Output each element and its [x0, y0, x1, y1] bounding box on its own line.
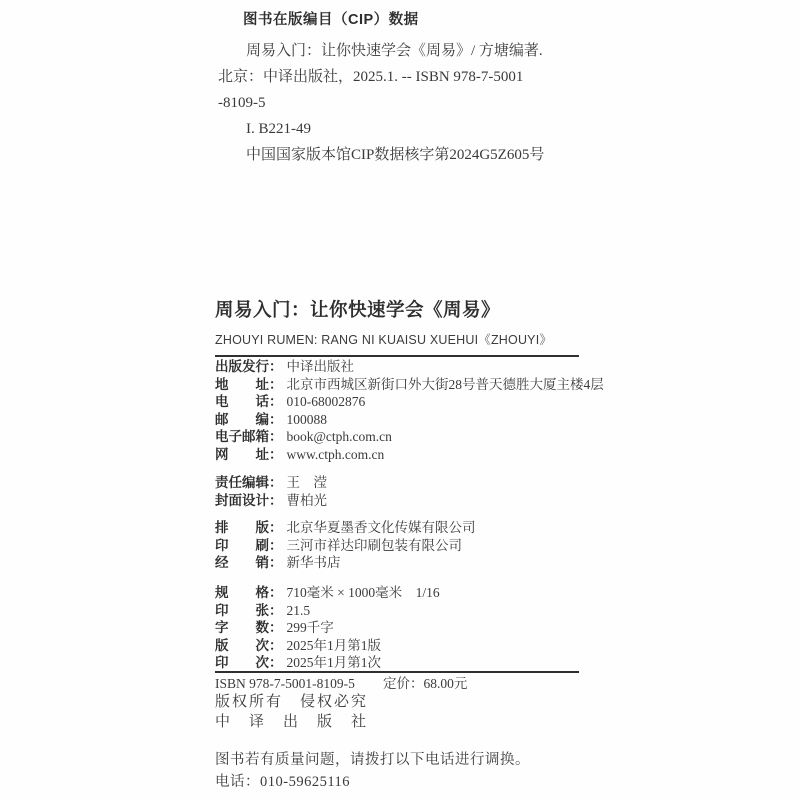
quality-notice-block: 图书若有质量问题，请拨打以下电话进行调换。 电话：010-59625116 [215, 749, 530, 793]
copyright-statement: 版权所有 侵权必究 [215, 693, 368, 713]
editors-group: 责任编辑： 王 滢 封面设计： 曹柏光 [215, 474, 600, 509]
quality-notice-text: 图书若有质量问题，请拨打以下电话进行调换。 [215, 749, 530, 771]
specs-group: 规 格： 710毫米 × 1000毫米 1/16 印 张： 21.5 字 数： … [215, 584, 600, 672]
field-value: 新华书店 [287, 554, 341, 572]
title-block: 周易入门：让你快速学会《周易》 ZHOUYI RUMEN: RANG NI KU… [215, 296, 583, 348]
cip-line-publisher-isbn: 北京：中译出版社，2025.1. -- ISBN 978-7-5001 [218, 64, 598, 90]
row-printing: 印 刷： 三河市祥达印刷包装有限公司 [215, 537, 600, 555]
field-label: 印 张： [215, 602, 283, 620]
cip-header: 图书在版编目（CIP）数据 [243, 8, 598, 29]
field-value: book@ctph.com.cn [287, 428, 392, 446]
cip-line-isbn-continuation: -8109-5 [218, 90, 598, 116]
field-value: 100088 [287, 411, 328, 429]
row-distribution: 经 销： 新华书店 [215, 554, 600, 572]
row-address: 地 址： 北京市西城区新街口外大街28号普天德胜大厦主楼4层 [215, 376, 600, 394]
cip-block: 图书在版编目（CIP）数据 周易入门：让你快速学会《周易》/ 方塘编著. 北京：… [218, 8, 598, 168]
field-label: 排 版： [215, 519, 283, 537]
field-value: 曹柏光 [287, 492, 328, 510]
field-label: 地 址： [215, 376, 283, 394]
row-word-count: 字 数： 299千字 [215, 619, 600, 637]
field-label: 字 数： [215, 619, 283, 637]
publisher-info-group: 出版发行： 中译出版社 地 址： 北京市西城区新街口外大街28号普天德胜大厦主楼… [215, 358, 600, 463]
field-label: 邮 编： [215, 411, 283, 429]
production-group: 排 版： 北京华夏墨香文化传媒有限公司 印 刷： 三河市祥达印刷包装有限公司 经… [215, 519, 600, 572]
field-value: 2025年1月第1版 [287, 637, 382, 655]
cip-line-classification: I. B221-49 [218, 116, 598, 142]
field-label: 版 次： [215, 637, 283, 655]
field-value: 010-68002876 [287, 393, 366, 411]
field-label: 封面设计： [215, 492, 283, 510]
row-postcode: 邮 编： 100088 [215, 411, 600, 429]
publisher-name-spaced: 中 译 出 版 社 [215, 713, 368, 733]
field-label: 电 话： [215, 393, 283, 411]
field-value: 王 滢 [287, 474, 328, 492]
cip-line-registration-number: 中国国家版本馆CIP数据核字第2024G5Z605号 [218, 142, 598, 168]
field-value: 北京市西城区新街口外大街28号普天德胜大厦主楼4层 [287, 376, 604, 394]
cip-line-title: 周易入门：让你快速学会《周易》/ 方塘编著. [218, 38, 598, 64]
field-value: 710毫米 × 1000毫米 1/16 [287, 584, 440, 602]
book-title: 周易入门：让你快速学会《周易》 [215, 296, 583, 322]
service-phone: 电话：010-59625116 [215, 771, 530, 793]
row-website: 网 址： www.ctph.com.cn [215, 446, 600, 464]
field-value: www.ctph.com.cn [287, 446, 385, 464]
price: 定价：68.00元 [383, 675, 467, 693]
field-label: 责任编辑： [215, 474, 283, 492]
book-title-pinyin: ZHOUYI RUMEN: RANG NI KUAISU XUEHUI《ZHOU… [215, 330, 583, 348]
field-label: 出版发行： [215, 358, 283, 376]
row-publisher: 出版发行： 中译出版社 [215, 358, 600, 376]
divider-top [215, 355, 579, 357]
field-label: 规 格： [215, 584, 283, 602]
row-cover-designer: 封面设计： 曹柏光 [215, 492, 600, 510]
isbn-number: ISBN 978-7-5001-8109-5 [215, 675, 383, 693]
row-impression: 印 次： 2025年1月第1次 [215, 654, 600, 672]
field-label: 经 销： [215, 554, 283, 572]
copyright-page: 图书在版编目（CIP）数据 周易入门：让你快速学会《周易》/ 方塘编著. 北京：… [0, 0, 800, 800]
field-label: 印 次： [215, 654, 283, 672]
field-label: 电子邮箱： [215, 428, 283, 446]
copyright-block: 版权所有 侵权必究 中 译 出 版 社 [215, 693, 368, 732]
row-edition: 版 次： 2025年1月第1版 [215, 637, 600, 655]
field-value: 2025年1月第1次 [287, 654, 382, 672]
divider-bottom [215, 671, 579, 673]
field-value: 21.5 [287, 602, 311, 620]
row-sheets: 印 张： 21.5 [215, 602, 600, 620]
row-email: 电子邮箱： book@ctph.com.cn [215, 428, 600, 446]
field-label: 网 址： [215, 446, 283, 464]
field-value: 三河市祥达印刷包装有限公司 [287, 537, 463, 555]
field-value: 299千字 [287, 619, 334, 637]
isbn-price-row: ISBN 978-7-5001-8109-5 定价：68.00元 [215, 675, 595, 693]
field-value: 北京华夏墨香文化传媒有限公司 [287, 519, 476, 537]
row-format: 规 格： 710毫米 × 1000毫米 1/16 [215, 584, 600, 602]
field-value: 中译出版社 [287, 358, 355, 376]
row-responsible-editor: 责任编辑： 王 滢 [215, 474, 600, 492]
row-phone: 电 话： 010-68002876 [215, 393, 600, 411]
row-typesetting: 排 版： 北京华夏墨香文化传媒有限公司 [215, 519, 600, 537]
field-label: 印 刷： [215, 537, 283, 555]
